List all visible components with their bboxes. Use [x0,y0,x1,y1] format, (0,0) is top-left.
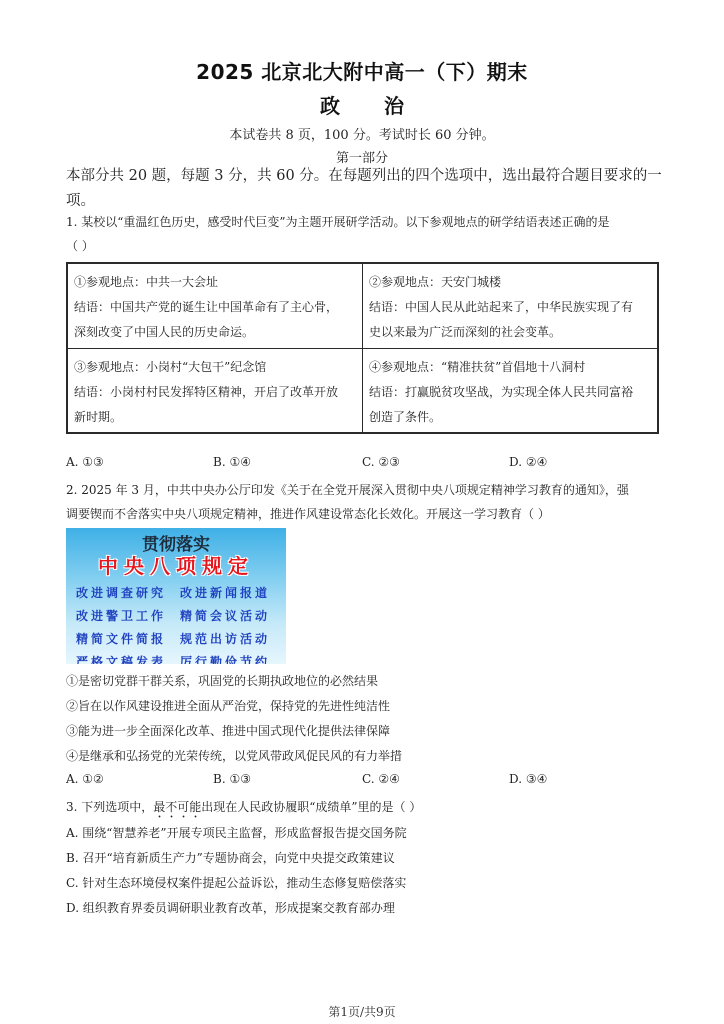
cell-location: ②参观地点：天安门城楼 [369,270,651,295]
cell-conclusion-line-2: 创造了条件。 [369,405,651,430]
q1-option-d[interactable]: D. ②④ [509,455,547,469]
q2-statement-4: ④是继承和弘扬党的光荣传统，以党风带政风促民风的有力举措 [66,747,402,764]
q1-stem-line-1: 1. 某校以“重温红色历史，感受时代巨变”为主题开展研学活动。以下参观地点的研学… [66,213,610,230]
cell-conclusion-line-2: 深刻改变了中国人民的历史命运。 [74,320,356,345]
q2-option-a[interactable]: A. ①② [66,772,104,786]
part-title: 第一部分 [0,147,724,166]
poster-item: 改进调查研究 [76,584,172,601]
poster-item: 精简会议活动 [180,607,276,624]
instructions-line-1: 本部分共 20 题，每题 3 分，共 60 分。在每题列出的四个选项中，选出最符… [66,169,662,184]
q2-stem-line-2: 调要锲而不舍落实中央八项规定精神，推进作风建设常态化长效化。开展这一学习教育（ … [66,505,550,522]
q3-option-b[interactable]: B. 召开“培育新质生产力”专题协商会，向党中央提交政策建议 [66,849,395,866]
cell-conclusion-line-1: 结语：小岗村村民发挥特区精神，开启了改革开放 [74,380,356,405]
q3-stem-suffix: 出现在人民政协履职“成绩单”里的是（ ） [201,800,421,814]
q1-option-b[interactable]: B. ①④ [213,455,251,469]
page-footer: 第1页/共9页 [0,1003,724,1020]
q3-option-d[interactable]: D. 组织教育界委员调研职业教育改革，形成提案交教育部办理 [66,899,395,916]
cell-conclusion-line-1: 结语：打赢脱贫攻坚战，为实现全体人民共同富裕 [369,380,651,405]
q3-stem-prefix: 3. 下列选项中， [66,800,153,814]
cell-location: ①参观地点：中共一大会址 [74,270,356,295]
cell-conclusion-line-1: 结语：中国人民从此站起来了，中华民族实现了有 [369,295,651,320]
subject-char-1: 政 [320,90,340,119]
q2-stem-line-1: 2. 2025 年 3 月，中共中央办公厅印发《关于在全党开展深入贯彻中央八项规… [66,481,629,498]
q2-option-b[interactable]: B. ①③ [213,772,251,786]
q1-visit-table: ①参观地点：中共一大会址 结语：中国共产党的诞生让中国革命有了主心骨， 深刻改变… [66,262,659,434]
eight-regulations-poster: 贯彻落实 中央八项规定 改进调查研究 改进新闻报道 改进警卫工作 精简会议活动 … [66,528,286,664]
q1-stem-line-2: （ ） [66,237,94,254]
q2-option-d[interactable]: D. ③④ [509,772,547,786]
q3-option-c[interactable]: C. 针对生态环境侵权案件提起公益诉讼，推动生态修复赔偿落实 [66,874,406,891]
q1-table-cell-2: ②参观地点：天安门城楼 结语：中国人民从此站起来了，中华民族实现了有 史以来最为… [363,263,659,348]
subject-title: 政治 [0,90,724,119]
poster-item: 改进警卫工作 [76,607,172,624]
poster-item: 规范出访活动 [180,630,276,647]
q3-option-a[interactable]: A. 围绕“智慧养老”开展专项民主监督，形成监督报告提交国务院 [66,824,407,841]
poster-item: 改进新闻报道 [180,584,276,601]
q1-table-cell-4: ④参观地点：“精准扶贫”首倡地十八洞村 结语：打赢脱贫攻坚战，为实现全体人民共同… [363,348,659,433]
poster-title: 中央八项规定 [66,550,286,579]
cell-location: ③参观地点：小岗村“大包干”纪念馆 [74,355,356,380]
poster-item: 精简文件简报 [76,630,172,647]
poster-items: 改进调查研究 改进新闻报道 改进警卫工作 精简会议活动 精简文件简报 规范出访活… [76,584,276,664]
q1-option-c[interactable]: C. ②③ [362,455,400,469]
exam-info: 本试卷共 8 页，100 分。考试时长 60 分钟。 [0,124,724,143]
poster-item: 厉行勤俭节约 [180,653,276,664]
q1-option-a[interactable]: A. ①③ [66,455,104,469]
q2-statement-2: ②旨在以作风建设推进全面从严治党，保持党的先进性纯洁性 [66,697,390,714]
q1-table-cell-3: ③参观地点：小岗村“大包干”纪念馆 结语：小岗村村民发挥特区精神，开启了改革开放… [67,348,363,433]
cell-location: ④参观地点：“精准扶贫”首倡地十八洞村 [369,355,651,380]
cell-conclusion-line-2: 史以来最为广泛而深刻的社会变革。 [369,320,651,345]
q3-stem-emphasis: 最不可能 [153,800,201,814]
exam-title: 2025 北京北大附中高一（下）期末 [0,56,724,85]
cell-conclusion-line-1: 结语：中国共产党的诞生让中国革命有了主心骨， [74,295,356,320]
q2-statement-3: ③能为进一步全面深化改革、推进中国式现代化提供法律保障 [66,722,390,739]
q2-statement-1: ①是密切党群干群关系，巩固党的长期执政地位的必然结果 [66,672,378,689]
subject-char-2: 治 [384,90,404,119]
q2-option-c[interactable]: C. ②④ [362,772,400,786]
q3-stem: 3. 下列选项中，最不可能出现在人民政协履职“成绩单”里的是（ ） [66,798,421,821]
instructions-line-2: 项。 [66,194,95,209]
poster-item: 严格文稿发表 [76,653,172,664]
cell-conclusion-line-2: 新时期。 [74,405,356,430]
q1-table-cell-1: ①参观地点：中共一大会址 结语：中国共产党的诞生让中国革命有了主心骨， 深刻改变… [67,263,363,348]
